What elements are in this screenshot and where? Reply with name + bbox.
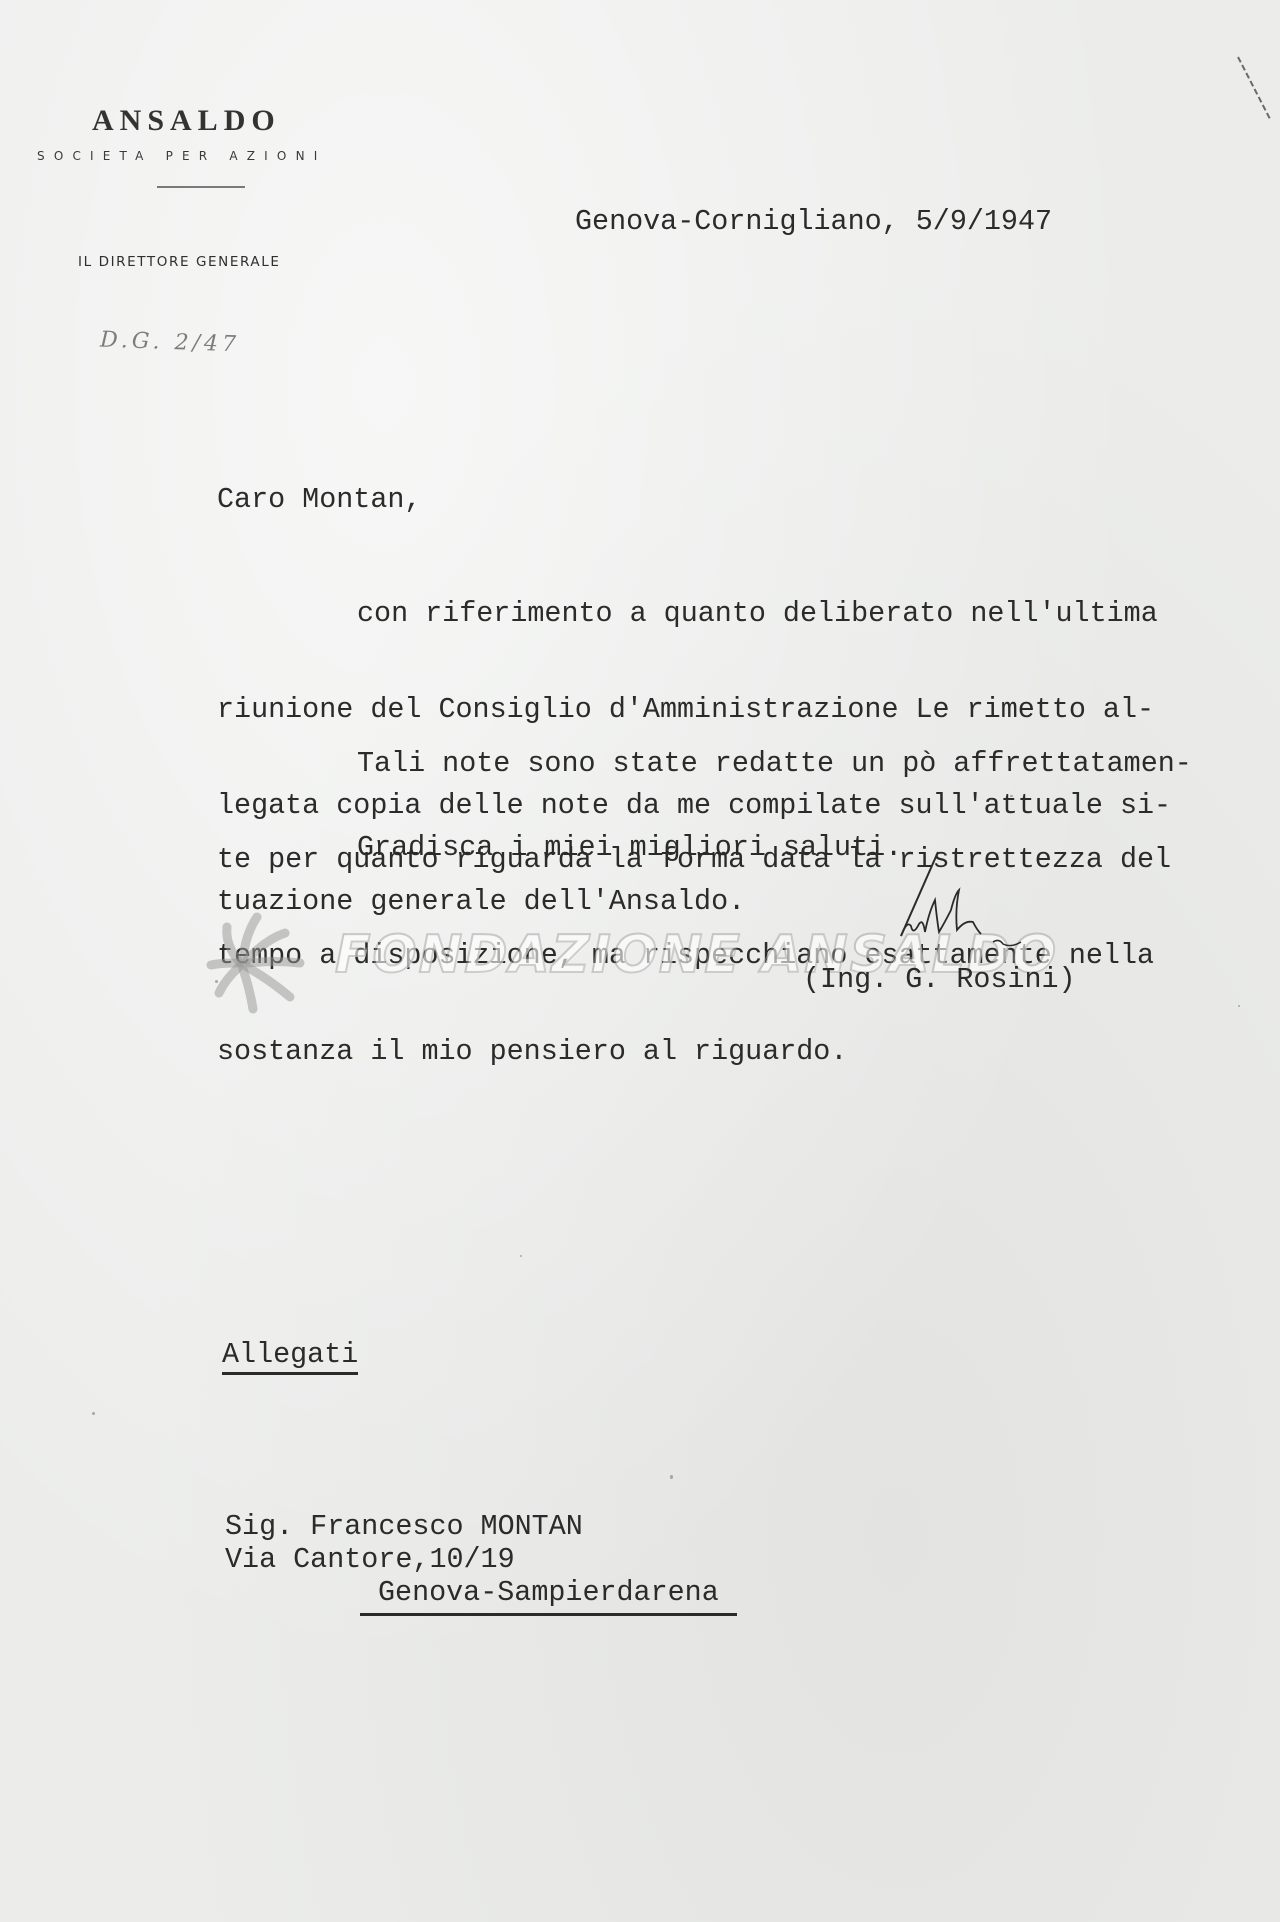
paragraph-line: Tali note sono state redatte un pò affre… xyxy=(217,748,1192,780)
recipient-name: Sig. Francesco MONTAN xyxy=(225,1511,583,1543)
paper-speck xyxy=(670,1475,673,1479)
handwritten-signature xyxy=(893,850,1053,960)
company-name: ANSALDO xyxy=(92,104,281,138)
handwritten-reference: D.G. 2/47 xyxy=(100,328,241,358)
paper-speck xyxy=(92,1412,95,1415)
letter-page: ANSALDO SOCIETA PER AZIONI IL DIRETTORE … xyxy=(0,0,1280,1922)
recipient-city: Genova-Sampierdarena xyxy=(378,1577,719,1609)
closing-line: Gradisca i miei migliori saluti. xyxy=(357,832,902,864)
paragraph-line: con riferimento a quanto deliberato nell… xyxy=(217,598,1171,630)
letterhead-divider xyxy=(157,186,245,188)
signer-name: (Ing. G. Rosini) xyxy=(803,964,1076,996)
office-title: IL DIRETTORE GENERALE xyxy=(78,254,281,270)
paragraph-line: sostanza il mio pensiero al riguardo. xyxy=(217,1036,1192,1068)
salutation: Caro Montan, xyxy=(217,484,421,516)
pencil-mark-icon xyxy=(1236,55,1276,125)
paper-speck xyxy=(520,1255,522,1257)
recipient-street: Via Cantore,10/19 xyxy=(225,1544,515,1576)
company-subtitle: SOCIETA PER AZIONI xyxy=(37,149,327,163)
enclosures-label: Allegati xyxy=(222,1339,358,1375)
date-line: Genova-Cornigliano, 5/9/1947 xyxy=(575,206,1052,238)
recipient-city-underline xyxy=(360,1613,737,1616)
paper-speck xyxy=(1238,1005,1240,1007)
